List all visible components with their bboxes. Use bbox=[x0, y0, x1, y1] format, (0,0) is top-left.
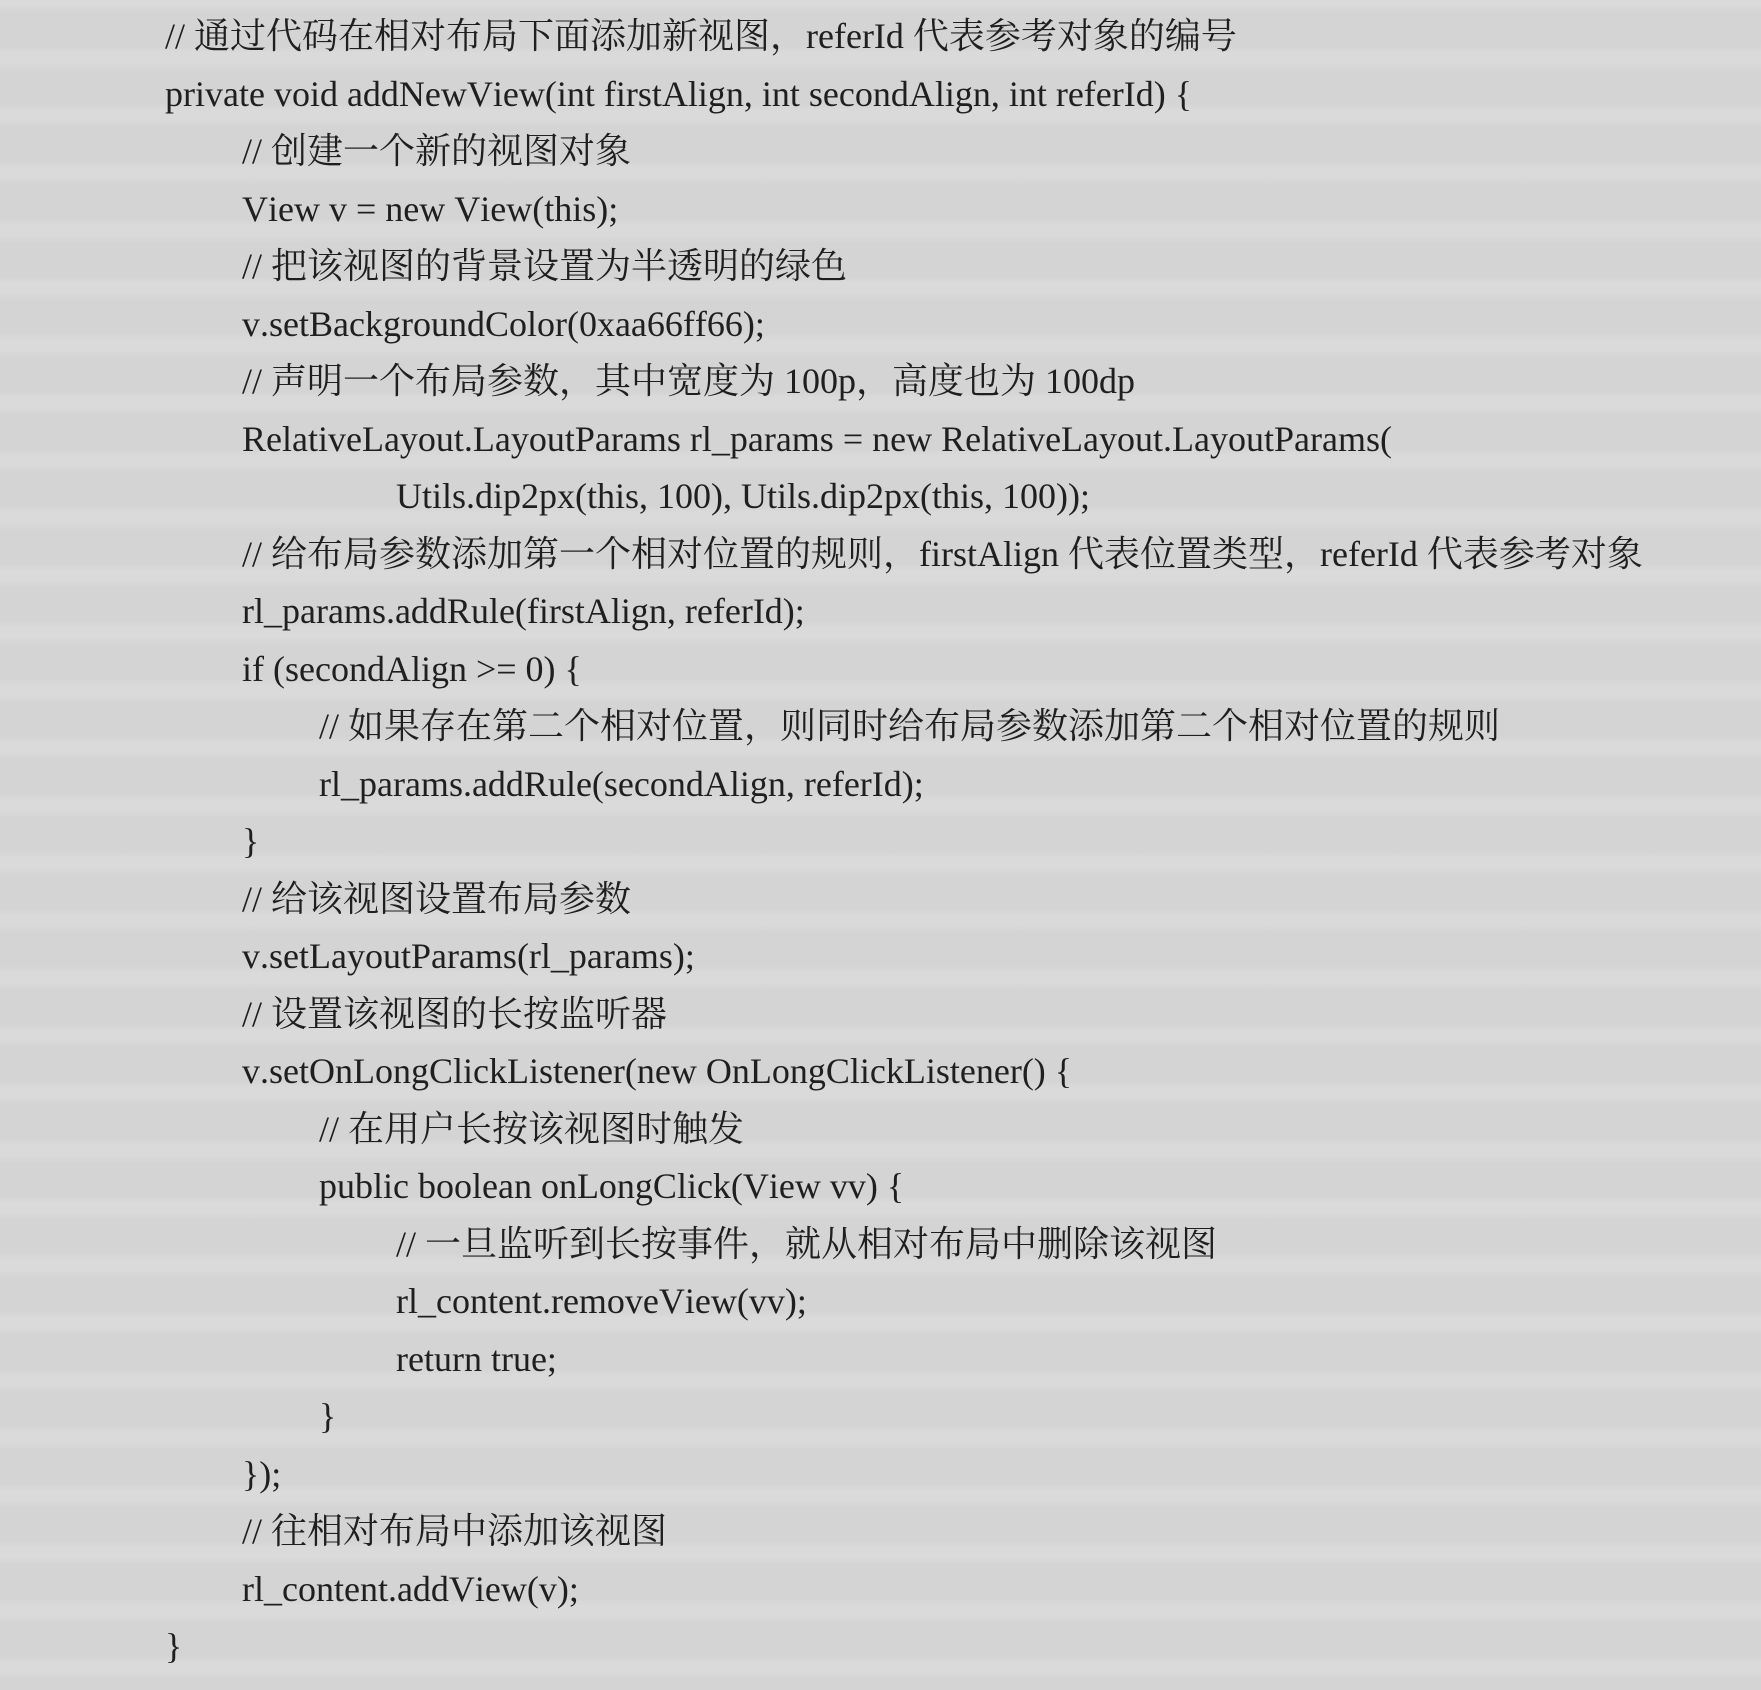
code-line: v.setLayoutParams(rl_params); bbox=[0, 928, 1761, 986]
code-line: // 往相对布局中添加该视图 bbox=[0, 1503, 1761, 1561]
code-listing: // 通过代码在相对布局下面添加新视图，referId 代表参考对象的编号pri… bbox=[0, 8, 1761, 1676]
code-line: rl_params.addRule(firstAlign, referId); bbox=[0, 583, 1761, 641]
code-line: // 通过代码在相对布局下面添加新视图，referId 代表参考对象的编号 bbox=[0, 8, 1761, 66]
code-line: // 声明一个布局参数，其中宽度为 100p，高度也为 100dp bbox=[0, 353, 1761, 411]
code-line: // 给该视图设置布局参数 bbox=[0, 871, 1761, 929]
code-line: // 在用户长按该视图时触发 bbox=[0, 1101, 1761, 1159]
code-line: } bbox=[0, 1618, 1761, 1676]
code-line: v.setBackgroundColor(0xaa66ff66); bbox=[0, 296, 1761, 354]
code-line: v.setOnLongClickListener(new OnLongClick… bbox=[0, 1043, 1761, 1101]
code-line: rl_params.addRule(secondAlign, referId); bbox=[0, 756, 1761, 814]
code-line: public boolean onLongClick(View vv) { bbox=[0, 1158, 1761, 1216]
code-line: View v = new View(this); bbox=[0, 181, 1761, 239]
code-line: }); bbox=[0, 1446, 1761, 1504]
code-line: if (secondAlign >= 0) { bbox=[0, 641, 1761, 699]
code-line: // 创建一个新的视图对象 bbox=[0, 123, 1761, 181]
code-line: } bbox=[0, 813, 1761, 871]
code-line: // 把该视图的背景设置为半透明的绿色 bbox=[0, 238, 1761, 296]
code-listing-page: // 通过代码在相对布局下面添加新视图，referId 代表参考对象的编号pri… bbox=[0, 0, 1761, 1690]
code-line: // 一旦监听到长按事件，就从相对布局中删除该视图 bbox=[0, 1216, 1761, 1274]
code-line: private void addNewView(int firstAlign, … bbox=[0, 66, 1761, 124]
code-line: } bbox=[0, 1388, 1761, 1446]
code-line: rl_content.addView(v); bbox=[0, 1561, 1761, 1619]
code-line: return true; bbox=[0, 1331, 1761, 1389]
code-line: rl_content.removeView(vv); bbox=[0, 1273, 1761, 1331]
code-line: Utils.dip2px(this, 100), Utils.dip2px(th… bbox=[0, 468, 1761, 526]
code-line: // 设置该视图的长按监听器 bbox=[0, 986, 1761, 1044]
code-line: // 给布局参数添加第一个相对位置的规则，firstAlign 代表位置类型，r… bbox=[0, 526, 1761, 584]
code-line: RelativeLayout.LayoutParams rl_params = … bbox=[0, 411, 1761, 469]
code-line: // 如果存在第二个相对位置，则同时给布局参数添加第二个相对位置的规则 bbox=[0, 698, 1761, 756]
